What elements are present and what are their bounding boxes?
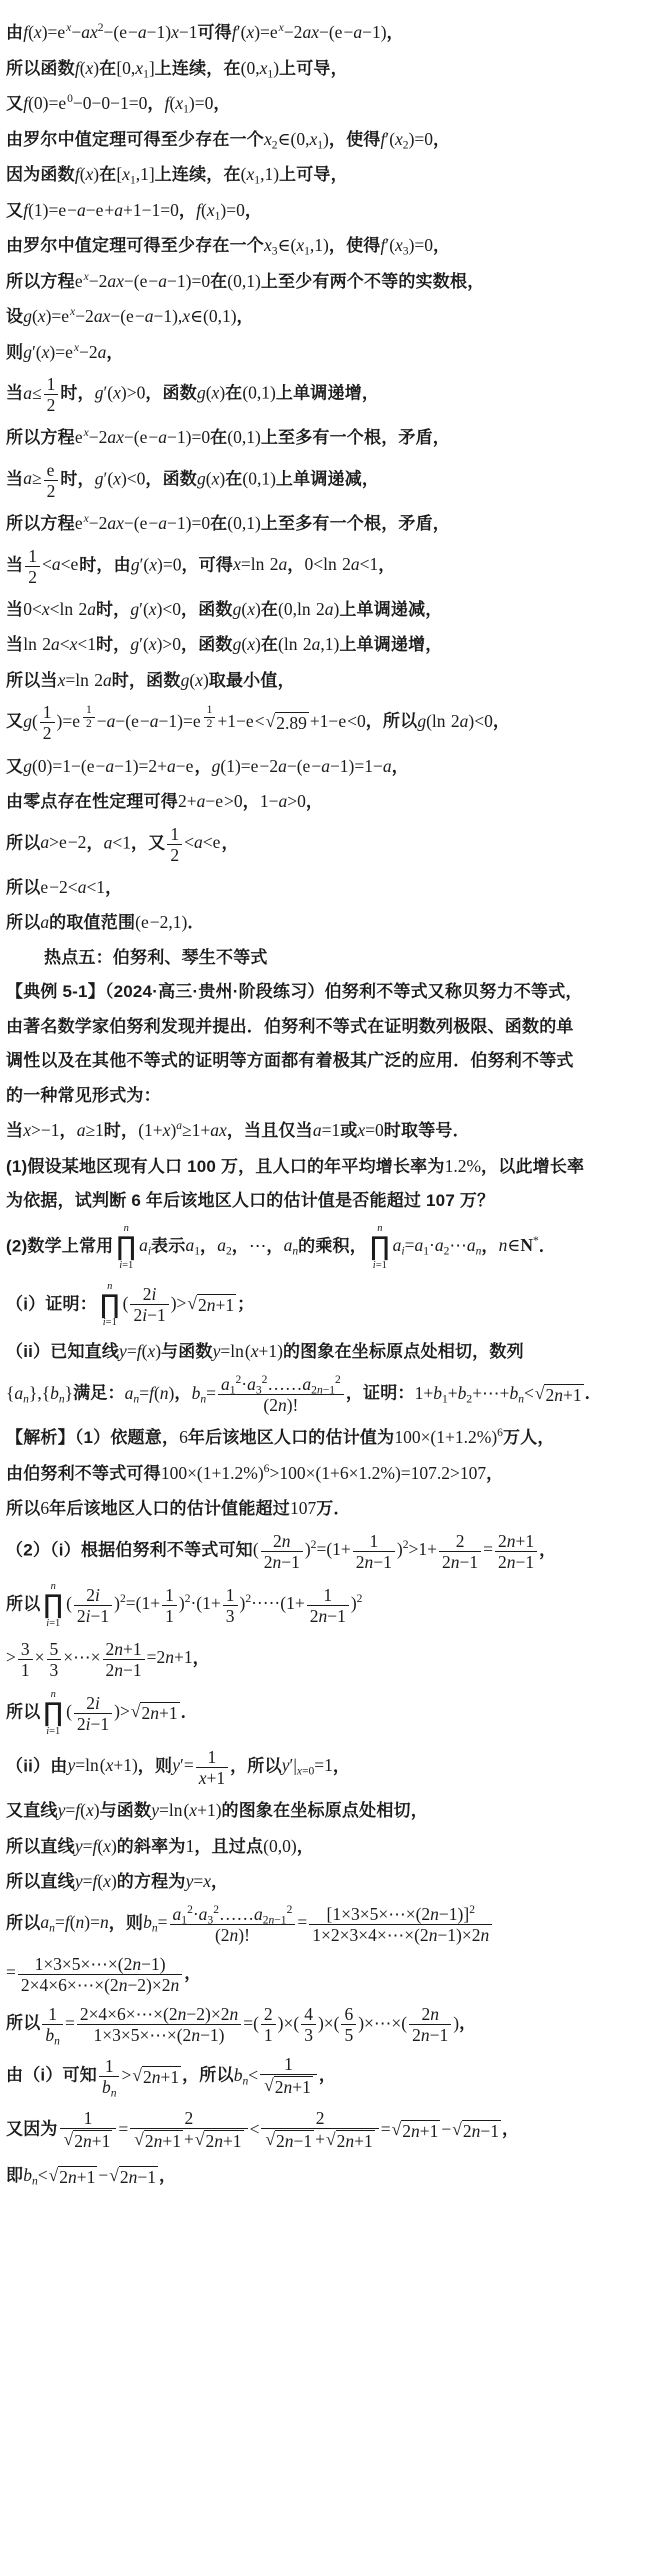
math-segment: (0,1) [242, 383, 276, 403]
cn-text-segment: 时， [96, 635, 130, 654]
cn-text-segment: ， [539, 1540, 556, 1559]
cn-text-segment: 的取值范围 [49, 913, 135, 932]
cn-text-segment: 在 [261, 600, 278, 619]
cn-text-segment: ，所以 [366, 712, 418, 731]
math-segment: 1.2% [445, 1156, 481, 1176]
text-line-47: 所以直线y=f(x)的方程为y=x， [6, 1868, 646, 1895]
text-line-21: 由零点存在性定理可得2+a−e>0，1−a>0， [6, 788, 646, 815]
math-segment: (x1,1) [241, 164, 279, 184]
cn-text-segment: 上单调递减， [276, 469, 379, 488]
text-line-51: 由（i）可知1bn>√2n+1，所以bn<1√2n+1， [6, 2054, 646, 2099]
cn-text-segment: ， [213, 94, 230, 113]
math-segment: n∏i=1(2i2i−1)2=(1+11)2·(1+13)2·····(1+12… [40, 1593, 362, 1613]
cn-text-segment: ； [237, 1294, 254, 1313]
cn-text-segment: 上可导， [279, 165, 348, 184]
cn-text-segment: 时取等号． [384, 1121, 470, 1140]
cn-text-segment: 由罗尔中值定理可得至少存在一个 [6, 236, 264, 255]
math-segment: a≥e2 [23, 468, 60, 488]
cn-text-segment: 上至多有一个根，矛盾， [261, 514, 450, 533]
cn-text-segment: 时，函数 [112, 671, 181, 690]
math-segment: f′(x3)=0 [380, 235, 433, 255]
cn-text-segment: 又因为 [6, 2120, 58, 2139]
cn-text-segment: ，函数 [145, 469, 197, 488]
math-segment: f(x1)=0 [196, 200, 245, 220]
text-line-27: 由著名数学家伯努利发现并提出．伯努利不等式在证明数列极限、函数的单 [6, 1014, 646, 1040]
derivative-line: 由f(x)=ex−ax2−(e−a−1)x−1可得f′(x)=ex−2ax−(e… [6, 19, 646, 46]
cn-text-segment: 上至多有一个根，矛盾， [261, 428, 450, 447]
cn-text-segment: 在 [99, 59, 116, 78]
math-segment: (e−2,1) [135, 912, 187, 932]
cn-text-segment: ， [433, 130, 450, 149]
cn-text-segment: 在 [225, 469, 242, 488]
cn-text-segment: 所以方程 [6, 272, 75, 291]
math-segment: 2+a−e>0 [178, 791, 243, 811]
cn-text-segment: 时， [104, 1121, 138, 1140]
math-segment: g(12)=e12−a−(e−a−1)=e12+1−e<√2.89+1−e<0 [23, 711, 366, 731]
math-segment: g(x) [197, 383, 225, 403]
cn-text-segment: 上连续，在 [155, 165, 241, 184]
math-segment: f′(x2)=0 [380, 129, 433, 149]
cn-text-segment: ，又 [131, 833, 165, 852]
cn-text-segment: 的图象在坐标原点处相切，数列 [283, 1342, 524, 1361]
math-segment: ex−2ax−(e−a−1)=0 [75, 427, 210, 447]
cn-text-segment: 上连续，在 [155, 59, 241, 78]
cn-text-segment: 所以当 [6, 671, 58, 690]
cn-text-segment: ， [105, 878, 122, 897]
math-segment: y=f(x) [75, 1836, 117, 1856]
math-segment: [x1,1] [116, 164, 154, 184]
cn-text-segment: 所以直线 [6, 1837, 75, 1856]
cn-text-segment: 上至少有两个不等的实数根， [261, 272, 485, 291]
math-segment: 0<x<ln 2a [23, 599, 96, 619]
math-segment: g(x) [233, 599, 261, 619]
math-segment: a≤12 [23, 383, 60, 403]
cn-text-segment: 与函数 [100, 1801, 152, 1820]
cn-text-segment: 又直线 [6, 1801, 58, 1820]
text-line-43: 所以n∏i=1(2i2i−1)>√2n+1． [6, 1689, 646, 1738]
cn-text-segment: ， [86, 833, 103, 852]
math-segment: ln 2a<x<1 [23, 634, 96, 654]
math-segment: n∈N* [499, 1235, 539, 1255]
cn-text-segment: 当 [6, 635, 23, 654]
cn-text-segment: 因为函数 [6, 165, 75, 184]
example-header-line: 【典例 5-1】（2024·高三·贵州·阶段练习）伯努利不等式又称贝努力不等式， [6, 979, 646, 1005]
text-line-22: 所以a>e−2，a<1，又12<a<e， [6, 824, 646, 865]
cn-text-segment: 上可导， [279, 59, 348, 78]
cn-text-segment: （i）证明： [6, 1294, 97, 1313]
text-line-40: （2）（i）根据伯努利不等式可知(2n2n−1)2=(1+12n−1)2>1+2… [6, 1531, 646, 1572]
cn-text-segment: ，当且仅当 [227, 1121, 313, 1140]
math-segment: an=f(n)=n [40, 1912, 108, 1932]
cn-text-segment: 当 [6, 600, 23, 619]
math-segment: bn<√2n+1−√2n−1 [23, 2165, 159, 2185]
math-segment: g′(x)=0 [131, 554, 182, 574]
cn-text-segment: 当 [6, 1121, 23, 1140]
cn-text-segment: 热点五：伯努利、琴生不等式 [44, 948, 268, 967]
text-line-45: 又直线y=f(x)与函数y=ln(x+1)的图象在坐标原点处相切， [6, 1797, 646, 1824]
text-line-32: 为依据，试判断 6 年后该地区人口的估计值是否能超过 107 万？ [6, 1188, 646, 1214]
math-segment: 1+b1+b2+⋯+bn<√2n+1 [415, 1383, 585, 1403]
cn-text-segment: 所以 [6, 1499, 40, 1518]
text-line-10: 则g′(x)=ex−2a， [6, 339, 646, 366]
math-segment: g(x) [197, 468, 225, 488]
cn-text-segment: 满足： [73, 1384, 125, 1403]
cn-text-segment: 当 [6, 384, 23, 403]
math-segment: y=ln(x+1) [67, 1755, 137, 1775]
math-segment: f′(x)=ex−2ax−(e−a−1) [232, 22, 387, 42]
cn-text-segment: ， [106, 343, 123, 362]
cn-text-segment: ，函数 [181, 600, 233, 619]
cn-text-segment: ， [184, 1963, 201, 1982]
math-segment: y=ln(x+1) [151, 1800, 221, 1820]
cn-text-segment: （2）（i）根据伯努利不等式可知 [6, 1540, 253, 1559]
cn-text-segment: ， [237, 307, 254, 326]
cn-text-segment: 由零点存在性定理可得 [6, 792, 178, 811]
cn-text-segment: ， [194, 757, 211, 776]
text-line-4: 由罗尔中值定理可得至少存在一个x2∈(0,x1)，使得f′(x2)=0， [6, 126, 646, 153]
text-line-11: 当a≤12时，g′(x)>0，函数g(x)在(0,1)上单调递增， [6, 374, 646, 415]
text-line-49: =1×3×5×⋯×(2n−1)2×4×6×⋯×(2n−2)×2n， [6, 1954, 646, 1995]
math-segment: (0,1) [227, 513, 261, 533]
cn-text-segment: 由伯努利不等式可得 [6, 1464, 161, 1483]
cn-text-segment: 时，由 [79, 555, 131, 574]
math-segment: (0,1) [227, 427, 261, 447]
cn-text-segment: ， [502, 2120, 519, 2139]
math-segment: y=ln(x+1) [213, 1341, 283, 1361]
math-segment: g′(x)=ex−2a [23, 342, 106, 362]
cn-text-segment: 所以 [6, 833, 40, 852]
text-line-5: 因为函数f(x)在[x1,1]上连续，在(x1,1)上可导， [6, 161, 646, 188]
cn-text-segment: ，使得 [329, 130, 381, 149]
text-line-12: 所以方程ex−2ax−(e−a−1)=0在(0,1)上至多有一个根，矛盾， [6, 424, 646, 451]
cn-text-segment: 又 [6, 757, 23, 776]
math-segment: a≥1 [77, 1120, 104, 1140]
math-segment: (0,ln 2a) [278, 599, 339, 619]
math-segment: f(0)=e0−0−0−1=0 [23, 93, 147, 113]
cn-text-segment: 所以方程 [6, 428, 75, 447]
text-line-17: 当ln 2a<x<1时，g′(x)>0，函数g(x)在(ln 2a,1)上单调递… [6, 631, 646, 658]
cn-text-segment: 由罗尔中值定理可得至少存在一个 [6, 130, 264, 149]
text-line-30: 当x>−1，a≥1时，(1+x)a≥1+ax，当且仅当a=1或x=0时取等号． [6, 1117, 646, 1144]
cn-text-segment: 又 [6, 94, 23, 113]
cn-text-segment: ． [181, 1702, 198, 1721]
cn-text-segment: 又 [6, 712, 23, 731]
text-line-36: {an},{bn}满足：an=f(n)，bn=a12·a32……a2n−12(2… [6, 1374, 646, 1415]
conclusion-range-line: 所以a的取值范围(e−2,1)． [6, 909, 646, 936]
cn-text-segment: ， [297, 1837, 314, 1856]
text-line-52: 又因为1√2n+1=2√2n+1+√2n+1<2√2n−1+√2n+1=√2n+… [6, 2108, 646, 2153]
math-segment: x>−1 [23, 1120, 59, 1140]
math-segment: ⋯ [249, 1235, 267, 1255]
math-segment: 1√2n+1=2√2n+1+√2n+1<2√2n−1+√2n+1=√2n+1−√… [58, 2119, 502, 2139]
math-segment: g′(x)>0 [130, 634, 181, 654]
math-segment: =1×3×5×⋯×(2n−1)2×4×6×⋯×(2n−2)×2n [6, 1962, 184, 1982]
text-line-3: 又f(0)=e0−0−0−1=0，f(x1)=0， [6, 90, 646, 117]
math-segment: 1bn=2×4×6×⋯×(2n−2)×2n1×3×5×⋯×(2n−1)=(21)… [40, 2013, 459, 2033]
cn-text-segment: ， [159, 2166, 176, 2185]
cn-text-segment: 在 [210, 428, 227, 447]
cn-text-segment: ， [193, 1648, 210, 1667]
math-segment: y=f(x) [119, 1341, 161, 1361]
text-line-19: 又g(12)=e12−a−(e−a−1)=e12+1−e<√2.89+1−e<0… [6, 702, 646, 743]
text-line-6: 又f(1)=e−a−e+a+1−1=0，f(x1)=0， [6, 197, 646, 224]
cn-text-segment: 所以 [6, 878, 40, 897]
text-line-38: 由伯努利不等式可得100×(1+1.2%)6>100×(1+6×1.2%)=10… [6, 1460, 646, 1487]
cn-text-segment: ，则 [138, 1756, 172, 1775]
math-segment: y′=1x+1 [172, 1755, 230, 1775]
cn-text-segment: ，使得 [329, 236, 381, 255]
cn-text-segment: 由 [6, 23, 23, 42]
cn-text-segment: ， [59, 1121, 76, 1140]
text-line-28: 调性以及在其他不等式的证明等方面都有着极其广泛的应用．伯努利不等式 [6, 1048, 646, 1074]
cn-text-segment: 【典例 5-1】（2024·高三·贵州·阶段练习）伯努利不等式又称贝努力不等式， [6, 982, 583, 1001]
text-line-9: 设g(x)=ex−2ax−(e−a−1),x∈(0,1)， [6, 303, 646, 330]
cn-text-segment: ，则 [109, 1913, 143, 1932]
cn-text-segment: 取最小值， [209, 671, 295, 690]
cn-text-segment: 可得 [197, 23, 231, 42]
cn-text-segment: 时， [60, 469, 94, 488]
cn-text-segment: ， [211, 1872, 228, 1891]
cn-text-segment: 由著名数学家伯努利发现并提出．伯努利不等式在证明数列极限、函数的单 [6, 1017, 574, 1036]
cn-text-segment: ， [493, 712, 510, 731]
text-line-41: 所以n∏i=1(2i2i−1)2=(1+11)2·(1+13)2·····(1+… [6, 1581, 646, 1630]
math-segment: 0<ln 2a<1 [304, 554, 378, 574]
cn-text-segment: 年后该地区人口的估计值能超过 [49, 1499, 290, 1518]
math-segment: g(x) [233, 634, 261, 654]
math-segment: bn=a12·a32……a2n−12(2n)!=[1×3×5×⋯×(2n−1)]… [143, 1912, 494, 1932]
math-segment: y′|x=0=1 [282, 1755, 333, 1775]
cn-text-segment: ，以此增长率 [481, 1157, 584, 1176]
cn-text-segment: 的斜率为 [117, 1837, 186, 1856]
text-line-42: >31×53×⋯×2n+12n−1=2n+1， [6, 1639, 646, 1680]
cn-text-segment: 的乘积， [298, 1236, 367, 1255]
cn-text-segment: 在 [99, 165, 116, 184]
math-segment: 6 [179, 1427, 188, 1447]
cn-text-segment: 所以 [6, 913, 40, 932]
math-segment: ex−2ax−(e−a−1)=0 [75, 271, 210, 291]
cn-text-segment: ， [392, 757, 409, 776]
cn-text-segment: 在 [210, 272, 227, 291]
cn-text-segment: ， [243, 792, 260, 811]
cn-text-segment: 由（i）可知 [6, 2066, 97, 2085]
math-segment: 1bn>√2n+1 [97, 2065, 182, 2085]
math-segment: f(x)=ex−ax2−(e−a−1)x−1 [23, 22, 197, 42]
cn-text-segment: （ii）由 [6, 1756, 67, 1775]
cn-text-segment: ， [266, 1236, 283, 1255]
cn-text-segment: ． [539, 1236, 556, 1255]
cn-text-segment: 所以 [6, 1913, 40, 1932]
cn-text-segment: 当 [6, 469, 23, 488]
section-heading: 热点五：伯努利、琴生不等式 [6, 945, 646, 971]
cn-text-segment: ． [187, 913, 204, 932]
cn-text-segment: (2)数学上常用 [6, 1236, 113, 1255]
math-segment: 12<a<e [23, 554, 79, 574]
cn-text-segment: 上单调递增， [339, 635, 442, 654]
math-segment: 107 [290, 1498, 316, 1518]
cn-text-segment: 所以 [6, 2014, 40, 2033]
cn-text-segment: 万． [316, 1499, 350, 1518]
cn-text-segment: 在 [210, 514, 227, 533]
text-line-29: 的一种常见形式为： [6, 1083, 646, 1109]
cn-text-segment: 与函数 [161, 1342, 213, 1361]
cn-text-segment: ， [245, 201, 262, 220]
cn-text-segment: ， [433, 236, 450, 255]
cn-text-segment: ， [147, 94, 164, 113]
math-segment: (0,0) [263, 1836, 297, 1856]
math-segment: y=f(x) [58, 1800, 100, 1820]
cn-text-segment: （ii）已知直线 [6, 1342, 119, 1361]
cn-text-segment: 时， [96, 600, 130, 619]
math-segment: x=ln 2a [58, 670, 112, 690]
cn-text-segment: ， [306, 792, 323, 811]
math-segment: f(x1)=0 [165, 93, 214, 113]
cn-text-segment: 的方程为 [117, 1872, 186, 1891]
math-segment: {an},{bn} [6, 1383, 73, 1403]
cn-text-segment: 【解析】（1）依题意， [6, 1428, 179, 1447]
math-segment: f(x) [75, 164, 99, 184]
math-segment: 6 [40, 1498, 49, 1518]
cn-text-segment: 即 [6, 2166, 23, 2185]
cn-text-segment: ，函数 [145, 384, 197, 403]
cn-text-segment: ， [378, 555, 395, 574]
math-segment: a<1 [104, 832, 131, 852]
cn-text-segment: ， [387, 23, 404, 42]
math-segment: f(x) [75, 58, 99, 78]
text-line-18: 所以当x=ln 2a时，函数g(x)取最小值， [6, 667, 646, 694]
math-segment: n∏i=1(2i2i−1)>√2n+1 [40, 1701, 180, 1721]
cn-text-segment: 年后该地区人口的估计值为 [188, 1428, 394, 1447]
text-line-39: 所以6年后该地区人口的估计值能超过107万． [6, 1495, 646, 1522]
cn-text-segment: 在 [261, 635, 278, 654]
cn-text-segment: 万人， [503, 1428, 555, 1447]
math-segment: g′(x)<0 [130, 599, 181, 619]
math-segment: n∏i=1(2i2i−1)>√2n+1 [97, 1293, 237, 1313]
cn-text-segment: ，证明： [346, 1384, 415, 1403]
math-segment: an=f(n) [125, 1383, 175, 1403]
math-segment: g(1)=e−2a−(e−a−1)=1−a [212, 756, 392, 776]
math-segment: f(1)=e−a−e+a+1−1=0 [23, 200, 179, 220]
math-segment: a [40, 912, 49, 932]
cn-text-segment: ，所以 [230, 1756, 282, 1775]
math-segment: y=x [186, 1871, 211, 1891]
text-line-46: 所以直线y=f(x)的斜率为1，且过点(0,0)， [6, 1833, 646, 1860]
cn-text-segment: ，且过点 [194, 1837, 263, 1856]
cn-text-segment: (1)假设某地区现有人口 100 万，且人口的年平均增长率为 [6, 1157, 445, 1176]
cn-text-segment: 又 [6, 201, 23, 220]
text-line-20: 又g(0)=1−(e−a−1)=2+a−e，g(1)=e−2a−(e−a−1)=… [6, 753, 646, 780]
cn-text-segment: 时， [60, 384, 94, 403]
text-line-7: 由罗尔中值定理可得至少存在一个x3∈(x1,1)，使得f′(x3)=0， [6, 232, 646, 259]
text-line-50: 所以1bn=2×4×6×⋯×(2n−2)×2n1×3×5×⋯×(2n−1)=(2… [6, 2004, 646, 2045]
cn-text-segment: 的一种常见形式为： [6, 1086, 161, 1105]
cn-text-segment: ， [481, 1236, 498, 1255]
text-line-48: 所以an=f(n)=n，则bn=a12·a32……a2n−12(2n)!=[1×… [6, 1904, 646, 1945]
cn-text-segment: 所以直线 [6, 1872, 75, 1891]
math-segment: g(x)=ex−2ax−(e−a−1),x∈(0,1) [23, 306, 236, 326]
cn-text-segment: ， [221, 833, 238, 852]
cn-text-segment: ， [174, 1384, 191, 1403]
math-segment: x3∈(x1,1) [264, 235, 329, 255]
math-segment: y=f(x) [75, 1871, 117, 1891]
cn-text-segment: ，可得 [181, 555, 233, 574]
cn-text-segment: 上单调递增， [276, 384, 379, 403]
math-segment: [0,x1] [116, 58, 154, 78]
math-segment: (0,x1) [241, 58, 279, 78]
math-segment: an [284, 1235, 299, 1255]
math-segment: (1+x)a≥1+ax [138, 1120, 227, 1140]
text-line-35: （ii）已知直线y=f(x)与函数y=ln(x+1)的图象在坐标原点处相切，数列 [6, 1338, 646, 1365]
cn-text-segment: ，所以 [182, 2066, 234, 2085]
cn-text-segment: ，函数 [181, 635, 233, 654]
cn-text-segment: 在 [225, 384, 242, 403]
math-segment: (2n2n−1)2=(1+12n−1)2>1+22n−1=2n+12n−1 [253, 1539, 539, 1559]
text-line-33: (2)数学上常用n∏i=1ai表示a1，a2，⋯，an的乘积，n∏i=1ai=a… [6, 1223, 646, 1272]
text-line-34: （i）证明：n∏i=1(2i2i−1)>√2n+1； [6, 1281, 646, 1330]
text-line-16: 当0<x<ln 2a时，g′(x)<0，函数g(x)在(0,ln 2a)上单调递… [6, 596, 646, 623]
cn-text-segment: 则 [6, 343, 23, 362]
text-line-2: 所以函数f(x)在[0,x1]上连续，在(0,x1)上可导， [6, 55, 646, 82]
math-segment: x=ln 2a [233, 554, 287, 574]
math-segment: x=0 [357, 1120, 383, 1140]
text-line-23: 所以e−2<a<1， [6, 874, 646, 901]
math-segment: n∏i=1ai=a1·a2⋯an [367, 1235, 481, 1255]
text-line-8: 所以方程ex−2ax−(e−a−1)=0在(0,1)上至少有两个不等的实数根， [6, 268, 646, 295]
cn-text-segment: ， [486, 1464, 503, 1483]
math-segment: bn<1√2n+1 [234, 2065, 319, 2085]
math-segment: (ln 2a,1) [278, 634, 339, 654]
math-segment: x2∈(0,x1) [264, 129, 329, 149]
cn-text-segment: ， [287, 555, 304, 574]
text-line-14: 所以方程ex−2ax−(e−a−1)=0在(0,1)上至多有一个根，矛盾， [6, 510, 646, 537]
analysis-start-line: 【解析】（1）依题意，6年后该地区人口的估计值为100×(1+1.2%)6万人， [6, 1424, 646, 1451]
cn-text-segment: 的图象在坐标原点处相切， [222, 1801, 428, 1820]
math-segment: a>e−2 [40, 832, 86, 852]
math-segment: n∏i=1ai [113, 1235, 151, 1255]
text-line-13: 当a≥e2时，g′(x)<0，函数g(x)在(0,1)上单调递减， [6, 460, 646, 501]
cn-text-segment: 调性以及在其他不等式的证明等方面都有着极其广泛的应用．伯努利不等式 [6, 1051, 574, 1070]
math-segment: g(x) [181, 670, 209, 690]
math-segment: e−2<a<1 [40, 877, 105, 897]
text-line-15: 当12<a<e时，由g′(x)=0，可得x=ln 2a，0<ln 2a<1， [6, 546, 646, 587]
math-segment: bn=a12·a32……a2n−12(2n)! [192, 1383, 346, 1403]
cn-text-segment: 所以方程 [6, 514, 75, 533]
math-segment: a=1 [313, 1120, 340, 1140]
math-segment: (0,1) [242, 468, 276, 488]
math-segment: g(ln 2a)<0 [417, 711, 493, 731]
cn-text-segment: 当 [6, 555, 23, 574]
math-segment: g(0)=1−(e−a−1)=2+a−e [23, 756, 194, 776]
cn-text-segment: ， [200, 1236, 217, 1255]
math-segment: >31×53×⋯×2n+12n−1=2n+1 [6, 1647, 193, 1667]
text-line-31: (1)假设某地区现有人口 100 万，且人口的年平均增长率为1.2%，以此增长率 [6, 1153, 646, 1180]
cn-text-segment: ． [585, 1384, 602, 1403]
math-segment: g′(x)<0 [95, 468, 146, 488]
cn-text-segment: ， [459, 2014, 476, 2033]
math-segment: g′(x)>0 [95, 383, 146, 403]
math-segment: a2 [217, 1235, 232, 1255]
cn-text-segment: 为依据，试判断 6 年后该地区人口的估计值是否能超过 107 万？ [6, 1191, 494, 1210]
cn-text-segment: 设 [6, 307, 23, 326]
math-segment: 100×(1+1.2%)6>100×(1+6×1.2%)=107.2>107 [161, 1463, 486, 1483]
math-segment: ex−2ax−(e−a−1)=0 [75, 513, 210, 533]
math-segment: (0,1) [227, 271, 261, 291]
cn-text-segment: ， [179, 201, 196, 220]
text-line-44: （ii）由y=ln(x+1)，则y′=1x+1，所以y′|x=0=1， [6, 1747, 646, 1788]
math-segment: 12<a<e [165, 832, 221, 852]
document-page: 由f(x)=ex−ax2−(e−a−1)x−1可得f′(x)=ex−2ax−(e… [0, 0, 652, 2212]
cn-text-segment: 或 [340, 1121, 357, 1140]
final-inequality-line: 即bn<√2n+1−√2n−1， [6, 2162, 646, 2189]
